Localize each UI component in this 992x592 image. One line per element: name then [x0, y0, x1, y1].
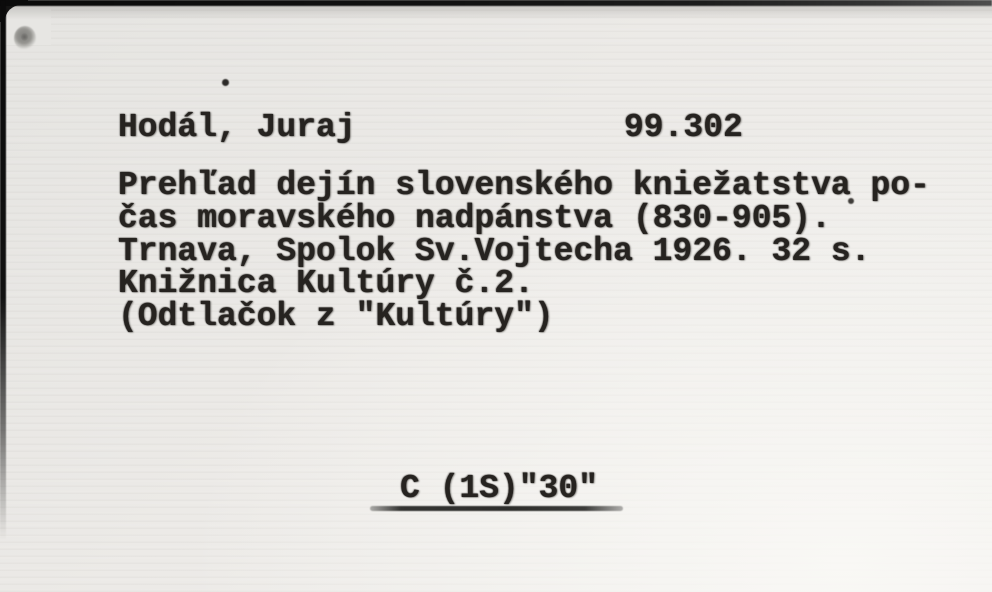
classification-code: C (1S)"30"	[400, 470, 598, 507]
typewritten-text-layer: Hodál, Juraj 99.302 Prehľad dejín sloven…	[0, 0, 992, 592]
catalog-card-scan: Hodál, Juraj 99.302 Prehľad dejín sloven…	[0, 0, 992, 592]
classification-underline	[370, 506, 623, 511]
title-line-1: Prehľad dejín slovenského kniežatstva po…	[118, 167, 930, 204]
series-line: Knižnica Kultúry č.2.	[118, 265, 534, 302]
author-heading: Hodál, Juraj	[118, 109, 356, 146]
title-line-2: čas moravského nadpánstva (830-905).	[118, 200, 831, 237]
call-number: 99.302	[624, 109, 743, 146]
offprint-note-line: (Odtlačok z "Kultúry")	[118, 298, 554, 335]
